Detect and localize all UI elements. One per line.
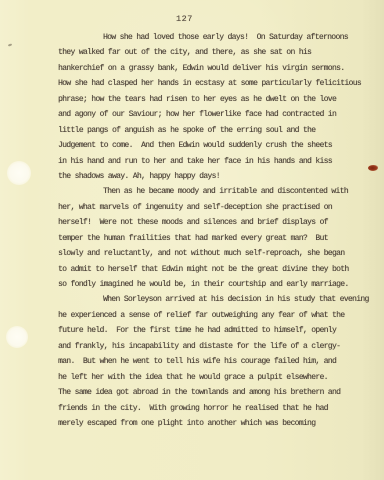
text-line: The same idea got abroad in the townland… (58, 385, 370, 400)
punch-hole-top (7, 161, 31, 185)
text-line: man. But when he went to tell his wife h… (58, 354, 370, 369)
typewritten-page: 127 How she had loved those early days! … (0, 0, 384, 480)
text-line: herself! Were not these moods and silenc… (58, 215, 370, 230)
red-ink-mark (368, 165, 378, 171)
text-block: How she had loved those early days! On S… (58, 30, 370, 431)
text-line: so fondly imagined he would be, in their… (58, 277, 370, 292)
page-number: 127 (176, 14, 193, 24)
text-line: little pangs of anguish as he spoke of t… (58, 123, 370, 138)
paper-speck (8, 43, 12, 46)
text-line: the shadows away. Ah, happy happy days! (58, 169, 370, 184)
text-line: and agony of our Saviour; how her flower… (58, 107, 370, 122)
text-line: future held. For the first time he had a… (58, 323, 370, 338)
text-line: to admit to herself that Edwin might not… (58, 262, 370, 277)
text-line: How she had loved those early days! On S… (58, 30, 370, 45)
text-line: Then as he became moody and irritable an… (58, 184, 370, 199)
text-line: he experienced a sense of relief far out… (58, 308, 370, 323)
paragraph: How she had loved those early days! On S… (58, 30, 370, 184)
paragraph: When Sorleyson arrived at his decision i… (58, 292, 370, 431)
text-line: friends in the city. With growing horror… (58, 401, 370, 416)
text-line: they walked far out of the city, and the… (58, 45, 370, 60)
text-line: in his hand and run to her and take her … (58, 154, 370, 169)
text-line: and frankly, his incapability and distas… (58, 339, 370, 354)
text-line: slowly and reluctantly, and not without … (58, 246, 370, 261)
text-line: How she had clasped her hands in ecstasy… (58, 76, 370, 91)
text-line: When Sorleyson arrived at his decision i… (58, 292, 370, 307)
punch-hole-bottom (6, 326, 28, 348)
paragraph: Then as he became moody and irritable an… (58, 184, 370, 292)
text-line: hankerchief on a grassy bank, Edwin woul… (58, 61, 370, 76)
text-line: merely escaped from one plight into anot… (58, 416, 370, 431)
text-line: temper the human frailities that had mar… (58, 231, 370, 246)
text-line: he left her with the idea that he would … (58, 370, 370, 385)
text-line: her, what marvels of ingenuity and self-… (58, 200, 370, 215)
text-line: Judgement to come. And then Edwin would … (58, 138, 370, 153)
text-line: phrase; how the tears had risen to her e… (58, 92, 370, 107)
